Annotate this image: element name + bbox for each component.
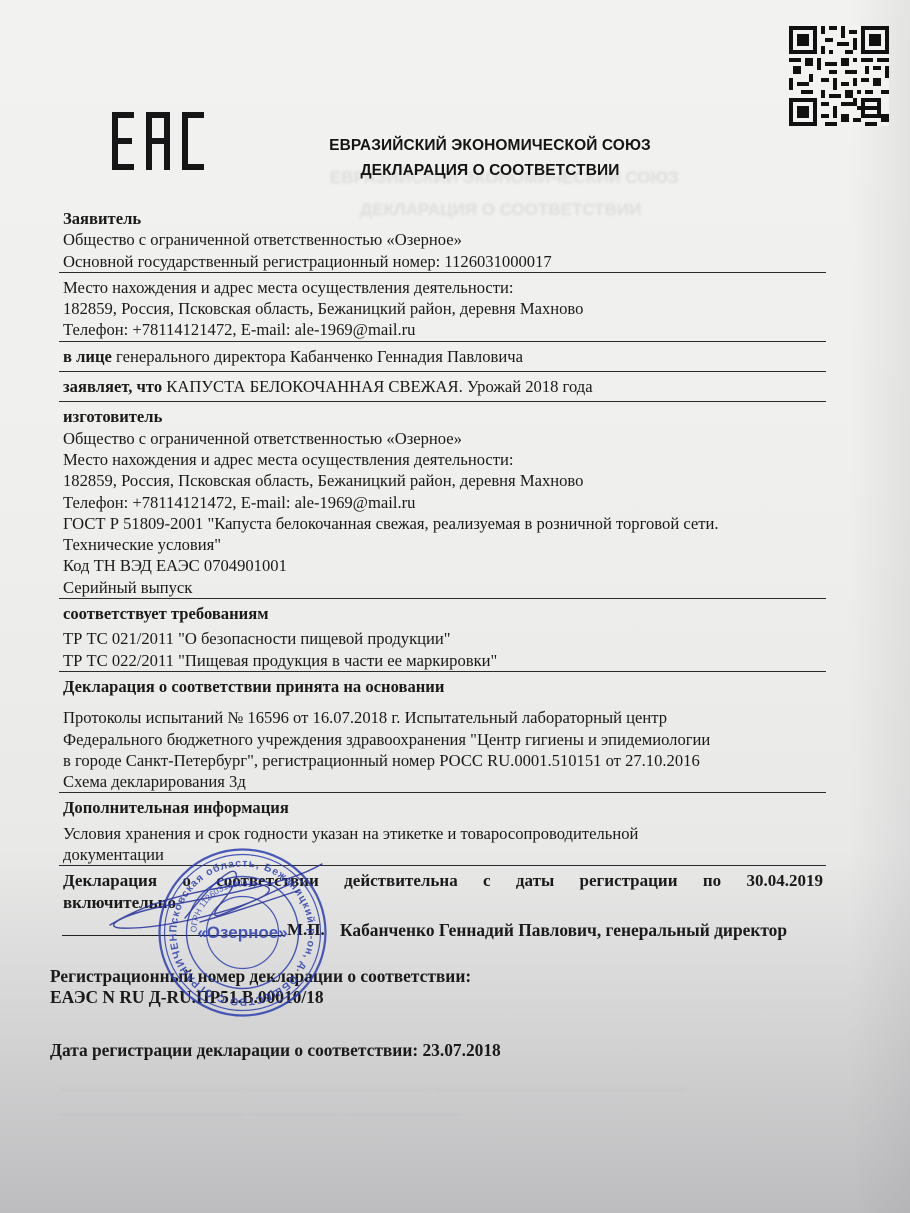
basis-line: в городе Санкт-Петербург", регистрационн… bbox=[63, 750, 828, 771]
basis-heading: Декларация о соответствии принята на осн… bbox=[63, 676, 828, 697]
basis-line: Протоколы испытаний № 16596 от 16.07.201… bbox=[63, 707, 828, 728]
registration-block: Регистрационный номер декларации о соотв… bbox=[50, 966, 471, 1008]
basis-line: Схема декларирования 3д bbox=[63, 771, 828, 792]
show-through-text: ______________________ _________________… bbox=[60, 1075, 686, 1092]
additional-heading: Дополнительная информация bbox=[63, 797, 828, 818]
document-title: ЕВРАЗИЙСКИЙ ЭКОНОМИЧЕСКОЙ СОЮЗ ДЕКЛАРАЦИ… bbox=[250, 133, 730, 183]
production-type: Серийный выпуск bbox=[63, 577, 828, 598]
requirement-item: ТР ТС 021/2011 "О безопасности пищевой п… bbox=[63, 628, 828, 649]
union-name: ЕВРАЗИЙСКИЙ ЭКОНОМИЧЕСКОЙ СОЮЗ bbox=[250, 133, 730, 158]
additional-line: Условия хранения и срок годности указан … bbox=[63, 823, 828, 844]
gost-standard-cont: Технические условия" bbox=[63, 534, 828, 555]
page-edge-shadow bbox=[850, 0, 910, 1213]
signature-line bbox=[62, 935, 284, 936]
registration-number: ЕАЭС N RU Д-RU.ПР51.В.00010/18 bbox=[50, 987, 471, 1008]
basis-line: Федерального бюджетного учреждения здрав… bbox=[63, 729, 828, 750]
applicant-ogrn: Основной государственный регистрационный… bbox=[63, 251, 828, 272]
contacts: Телефон: +78114121472, E-mail: ale-1969@… bbox=[63, 319, 828, 340]
qr-code-icon bbox=[789, 25, 889, 127]
address-value: 182859, Россия, Псковская область, Бежан… bbox=[63, 298, 828, 319]
requirements-section: соответствует требованиям ТР ТС 021/2011… bbox=[63, 603, 828, 671]
signer-name: Кабанченко Геннадий Павлович, генеральны… bbox=[340, 920, 787, 941]
manufacturer-heading: изготовитель bbox=[63, 406, 828, 427]
applicant-heading: Заявитель bbox=[63, 208, 828, 229]
manufacturer-address-label: Место нахождения и адрес места осуществл… bbox=[63, 449, 828, 470]
address-section: Место нахождения и адрес места осуществл… bbox=[63, 277, 828, 341]
manufacturer-address: 182859, Россия, Псковская область, Бежан… bbox=[63, 470, 828, 491]
represented-by: в лице генерального директора Кабанченко… bbox=[63, 346, 828, 367]
manufacturer-org: Общество с ограниченной ответственностью… bbox=[63, 428, 828, 449]
declaration-title: ДЕКЛАРАЦИЯ О СООТВЕТСТВИИ bbox=[250, 158, 730, 183]
validity-statement: Декларация о соответствии действительна … bbox=[63, 870, 823, 914]
eac-mark-icon bbox=[112, 112, 206, 170]
manufacturer-contacts: Телефон: +78114121472, E-mail: ale-1969@… bbox=[63, 492, 828, 513]
declared-product: заявляет, что КАПУСТА БЕЛОКОЧАННАЯ СВЕЖА… bbox=[63, 376, 828, 397]
basis-section: Декларация о соответствии принята на осн… bbox=[63, 676, 828, 792]
gost-standard: ГОСТ Р 51809-2001 "Капуста белокочанная … bbox=[63, 513, 828, 534]
additional-line: документации bbox=[63, 844, 828, 865]
hs-code: Код ТН ВЭД ЕАЭС 0704901001 bbox=[63, 555, 828, 576]
applicant-section: Заявитель Общество с ограниченной ответс… bbox=[63, 208, 828, 272]
signature-row: М.П. Кабанченко Геннадий Павлович, генер… bbox=[62, 920, 842, 942]
requirements-heading: соответствует требованиям bbox=[63, 603, 828, 624]
registration-label: Регистрационный номер декларации о соотв… bbox=[50, 966, 471, 987]
show-through-text: ______________________ ___________ _____… bbox=[60, 1100, 460, 1117]
manufacturer-section: изготовитель Общество с ограниченной отв… bbox=[63, 406, 828, 598]
seal-place-label: М.П. bbox=[287, 920, 325, 940]
registration-date: Дата регистрации декларации о соответств… bbox=[50, 1040, 501, 1061]
applicant-org: Общество с ограниченной ответственностью… bbox=[63, 229, 828, 250]
requirement-item: ТР ТС 022/2011 "Пищевая продукция в част… bbox=[63, 650, 828, 671]
declaration-body: Заявитель Общество с ограниченной ответс… bbox=[63, 208, 828, 914]
additional-section: Дополнительная информация Условия хранен… bbox=[63, 797, 828, 865]
address-label: Место нахождения и адрес места осуществл… bbox=[63, 277, 828, 298]
